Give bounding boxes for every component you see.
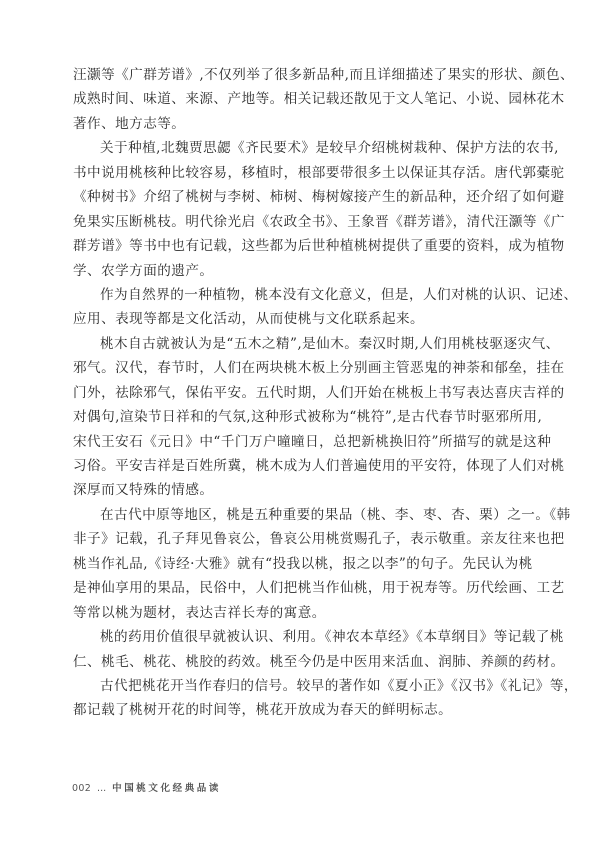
text-line: 应用、表现等都是文化活动，从而使桃与文化联系起来。 xyxy=(73,307,515,331)
text-line: 学、农学方面的遗产。 xyxy=(73,259,515,283)
text-line: 邪气。汉代，春节时，人们在两块桃木板上分别画主管恶鬼的神荼和郁垒，挂在 xyxy=(73,356,515,380)
text-line: 古代把桃花开当作春归的信号。较早的著作如《夏小正》《汉书》《礼记》等， xyxy=(73,674,515,698)
text-line: 深厚而又特殊的情感。 xyxy=(73,478,515,502)
text-line: 宋代王安石《元日》中“千门万户曈曈日，总把新桃换旧符”所描写的就是这种 xyxy=(73,430,515,454)
text-line: 非子》记载，孔子拜见鲁哀公，鲁哀公用桃赏赐孔子，表示敬重。亲友往来也把 xyxy=(73,527,515,551)
running-book-title: 中国桃文化经典品读 xyxy=(112,783,221,794)
text-line: 著作、地方志等。 xyxy=(73,112,515,136)
text-line: 在古代中原等地区，桃是五种重要的果品（桃、李、枣、杏、栗）之一。《韩 xyxy=(73,503,515,527)
text-line: 桃当作礼品,《诗经·大雅》就有“投我以桃，报之以李”的句子。先民认为桃 xyxy=(73,552,515,576)
text-line: 书中说用桃核种比较容易，移植时，根部要带很多土以保证其存活。唐代郭橐驼 xyxy=(73,161,515,185)
text-line: 成熟时间、味道、来源、产地等。相关记载还散见于文人笔记、小说、园林花木 xyxy=(73,87,515,111)
text-line: 作为自然界的一种植物，桃本没有文化意义，但是，人们对桃的认识、记述、 xyxy=(73,283,515,307)
text-line: 《种树书》介绍了桃树与李树、柿树、梅树嫁接产生的新品种，还介绍了如何避 xyxy=(73,185,515,209)
text-line: 习俗。平安吉祥是百姓所冀，桃木成为人们普遍使用的平安符，体现了人们对桃 xyxy=(73,454,515,478)
text-line: 是神仙享用的果品，民俗中，人们把桃当作仙桃，用于祝寿等。历代绘画、工艺 xyxy=(73,576,515,600)
text-line: 关于种植,北魏贾思勰《齐民要术》是较早介绍桃树栽种、保护方法的农书, xyxy=(73,136,515,160)
text-line: 等常以桃为题材，表达吉祥长寿的寓意。 xyxy=(73,601,515,625)
text-line: 门外，祛除邪气，保佑平安。五代时期，人们开始在桃板上书写表达喜庆吉祥的 xyxy=(73,381,515,405)
text-line: 仁、桃毛、桃花、桃胶的药效。桃至今仍是中医用来活血、润肺、养颜的药材。 xyxy=(73,650,515,674)
footer-separator: ... xyxy=(97,783,106,794)
text-line: 免果实压断桃枝。明代徐光启《农政全书》、王象晋《群芳谱》，清代汪灏等《广 xyxy=(73,210,515,234)
text-line: 桃的药用价值很早就被认识、利用。《神农本草经》《本草纲目》等记载了桃 xyxy=(73,625,515,649)
page-footer: 002...中国桃文化经典品读 xyxy=(72,780,221,794)
text-line: 对偶句,渲染节日祥和的气氛,这种形式被称为“桃符”,是古代春节时驱邪所用, xyxy=(73,405,515,429)
book-page: 汪灏等《广群芳谱》,不仅列举了很多新品种,而且详细描述了果实的形状、颜色、 成熟… xyxy=(0,0,600,853)
text-line: 都记载了桃树开花的时间等，桃花开放成为春天的鲜明标志。 xyxy=(73,698,515,722)
text-line: 群芳谱》等书中也有记载，这些都为后世种植桃树提供了重要的资料，成为植物 xyxy=(73,234,515,258)
text-line: 桃木自古就被认为是“五木之精”,是仙木。秦汉时期,人们用桃枝驱逐灾气、 xyxy=(73,332,515,356)
page-number: 002 xyxy=(72,783,91,794)
text-line: 汪灏等《广群芳谱》,不仅列举了很多新品种,而且详细描述了果实的形状、颜色、 xyxy=(73,63,515,87)
body-text: 汪灏等《广群芳谱》,不仅列举了很多新品种,而且详细描述了果实的形状、颜色、 成熟… xyxy=(73,63,515,723)
